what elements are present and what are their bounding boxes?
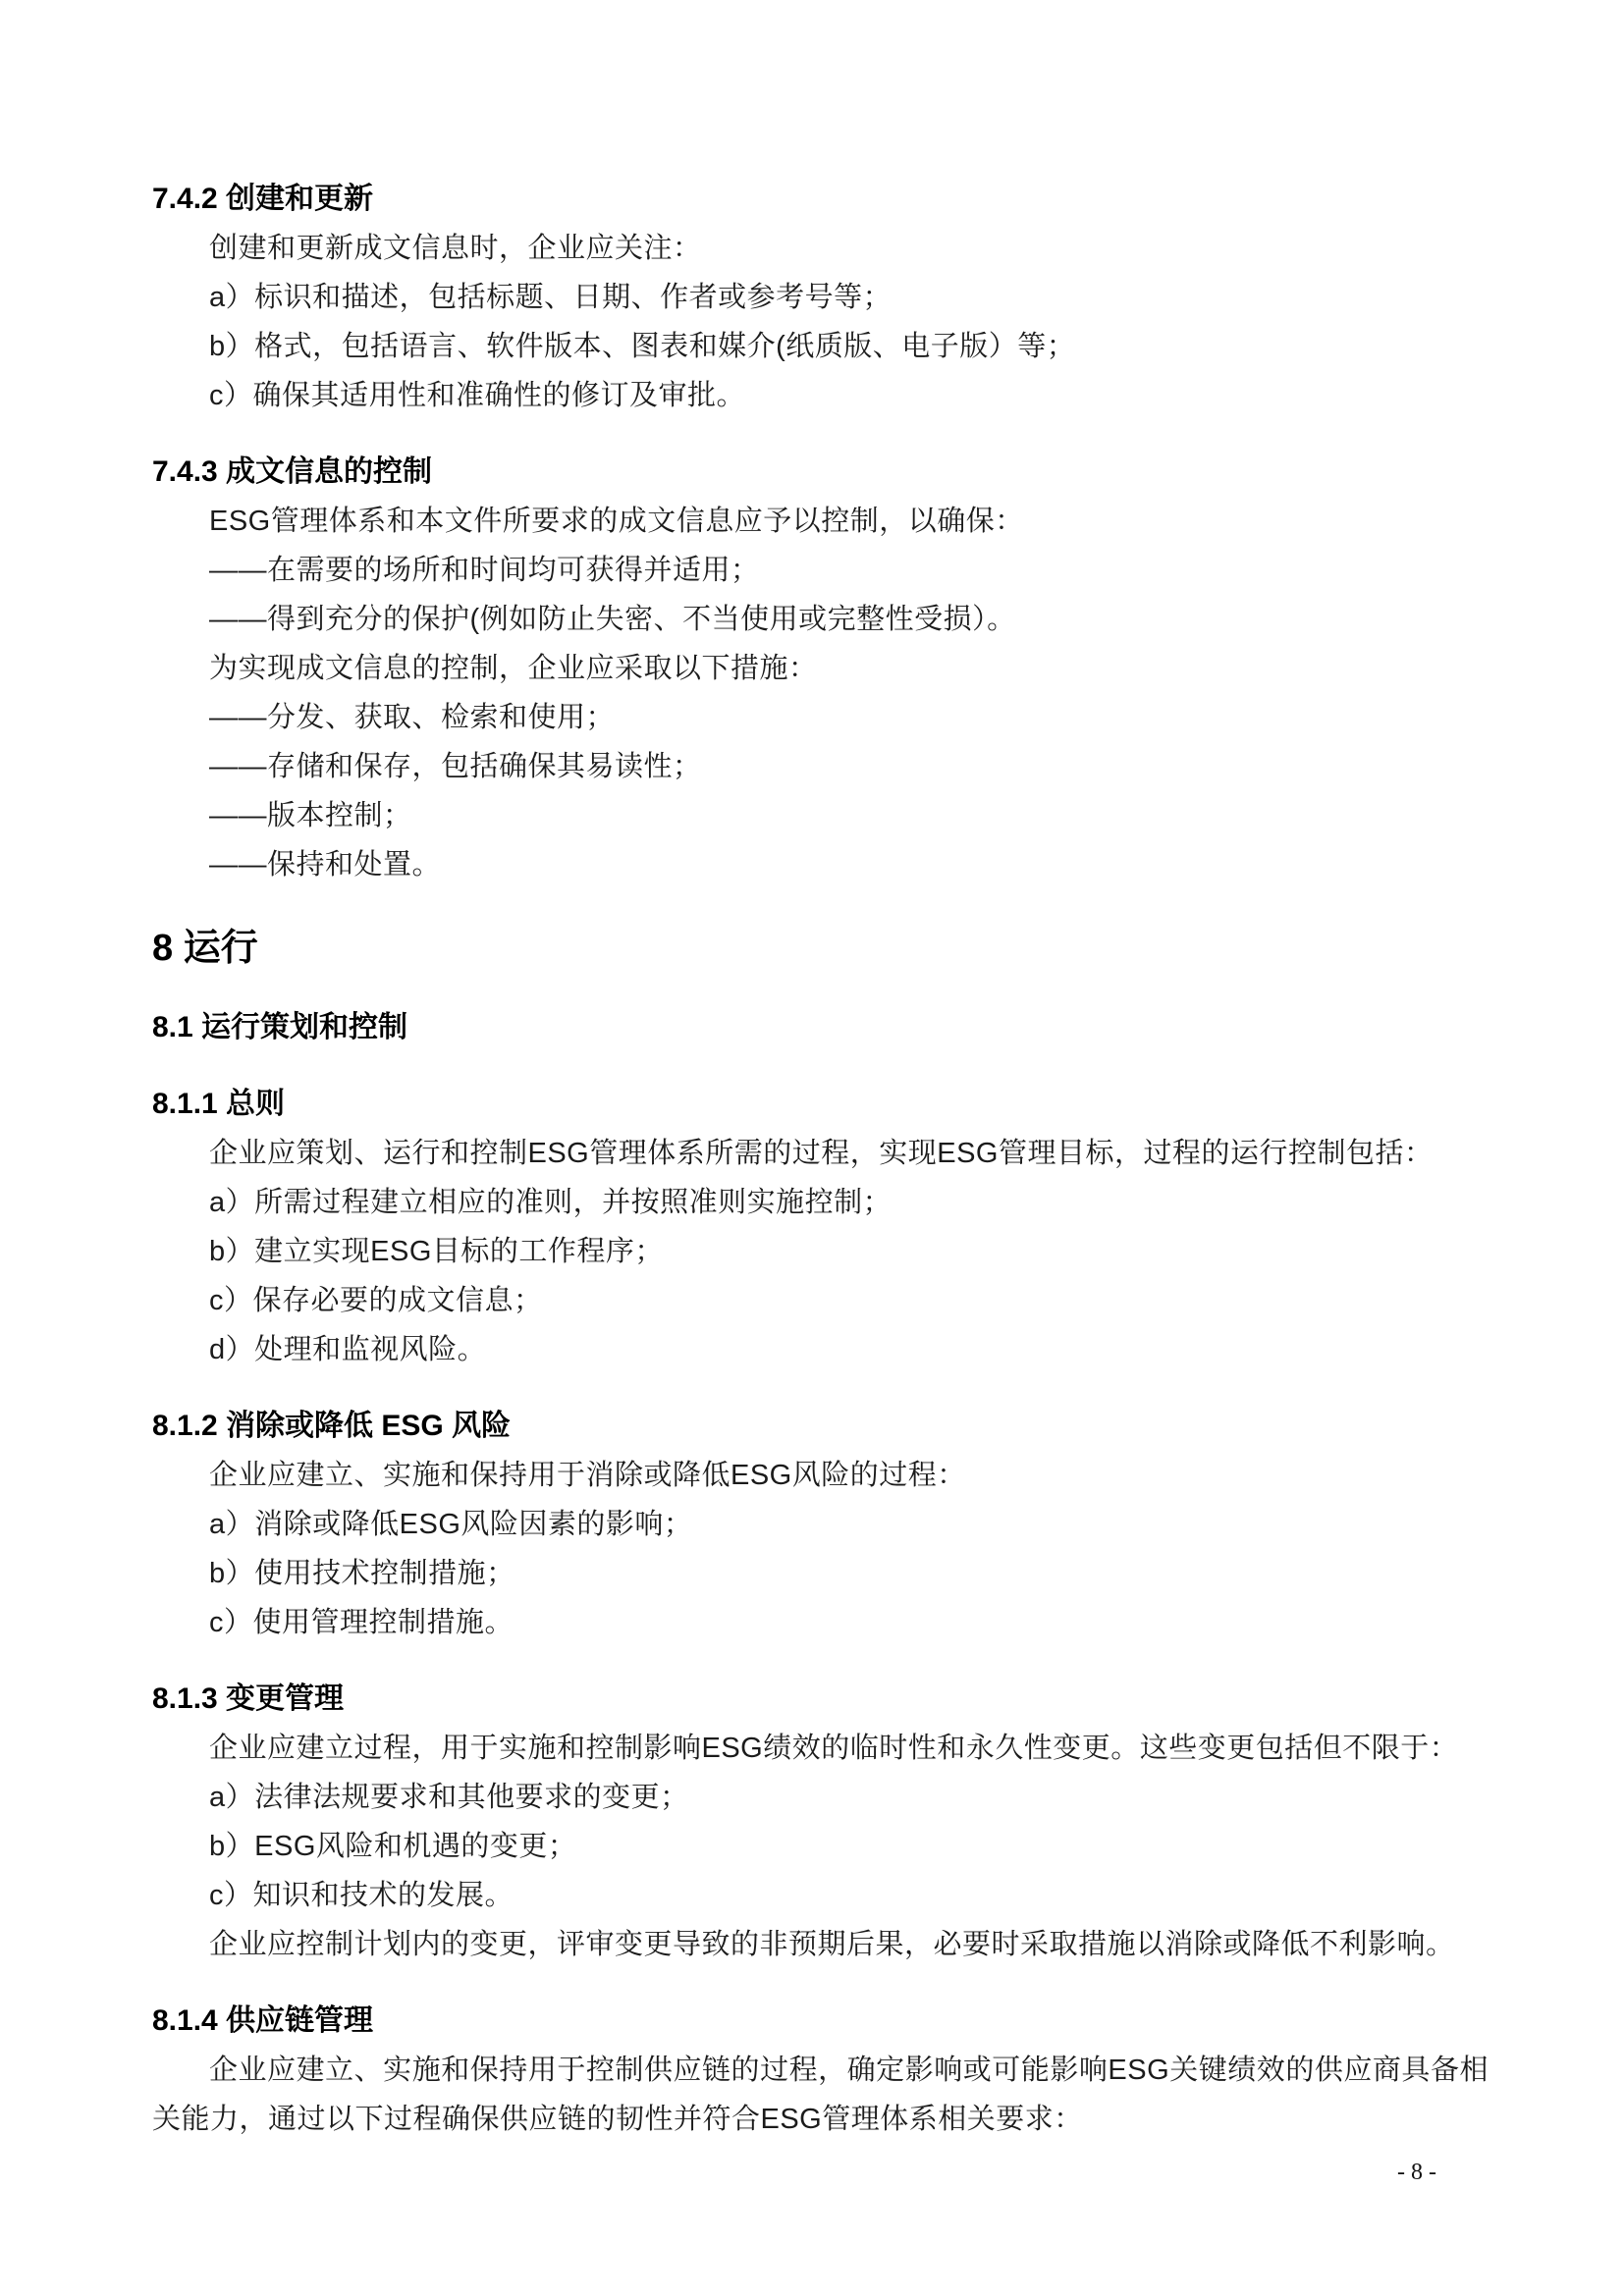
list-item-a: a）法律法规要求和其他要求的变更； <box>209 1773 1489 1822</box>
heading-chapter-8: 8 运行 <box>152 919 1489 978</box>
dash-item: ——版本控制； <box>209 791 1489 840</box>
list-item-a: a）标识和描述，包括标题、日期、作者或参考号等； <box>209 273 1489 322</box>
paragraph-intro: 企业应建立、实施和保持用于控制供应链的过程，确定影响或可能影响ESG关键绩效的供… <box>152 2046 1489 2144</box>
dash-item: ——存储和保存，包括确保其易读性； <box>209 742 1489 791</box>
document-page: 7.4.2 创建和更新 创建和更新成文信息时，企业应关注： a）标识和描述，包括… <box>0 0 1624 2296</box>
list-item-a: a）所需过程建立相应的准则，并按照准则实施控制； <box>209 1178 1489 1227</box>
list-item-b: b）建立实现ESG目标的工作程序； <box>209 1227 1489 1276</box>
paragraph-intro: 创建和更新成文信息时，企业应关注： <box>152 224 1489 273</box>
dash-item: ——得到充分的保护(例如防止失密、不当使用或完整性受损）。 <box>209 595 1489 644</box>
section-7-4-2: 7.4.2 创建和更新 创建和更新成文信息时，企业应关注： a）标识和描述，包括… <box>152 175 1489 420</box>
page-number: - 8 - <box>1368 2158 1466 2187</box>
dash-item: ——保持和处置。 <box>209 840 1489 889</box>
paragraph-intro: ESG管理体系和本文件所要求的成文信息应予以控制，以确保： <box>152 497 1489 546</box>
section-8-1-2: 8.1.2 消除或降低 ESG 风险 企业应建立、实施和保持用于消除或降低ESG… <box>152 1402 1489 1647</box>
paragraph-intro: 企业应策划、运行和控制ESG管理体系所需的过程，实现ESG管理目标，过程的运行控… <box>152 1129 1489 1178</box>
paragraph: 为实现成文信息的控制，企业应采取以下措施： <box>152 644 1489 693</box>
list-item-c: c）使用管理控制措施。 <box>209 1598 1489 1647</box>
heading-7-4-3: 7.4.3 成文信息的控制 <box>152 448 1489 497</box>
paragraph-intro: 企业应建立过程，用于实施和控制影响ESG绩效的临时性和永久性变更。这些变更包括但… <box>152 1724 1489 1773</box>
document-content: 7.4.2 创建和更新 创建和更新成文信息时，企业应关注： a）标识和描述，包括… <box>152 0 1489 2144</box>
section-8-1-1: 8.1.1 总则 企业应策划、运行和控制ESG管理体系所需的过程，实现ESG管理… <box>152 1080 1489 1374</box>
list-item-c: c）保存必要的成文信息； <box>209 1276 1489 1325</box>
paragraph-closing: 企业应控制计划内的变更，评审变更导致的非预期后果，必要时采取措施以消除或降低不利… <box>152 1920 1489 1969</box>
dash-item: ——在需要的场所和时间均可获得并适用； <box>209 546 1489 595</box>
dash-item: ——分发、获取、检索和使用； <box>209 693 1489 742</box>
list-item-b: b）ESG风险和机遇的变更； <box>209 1822 1489 1871</box>
paragraph-intro: 企业应建立、实施和保持用于消除或降低ESG风险的过程： <box>152 1451 1489 1500</box>
list-item-c: c）知识和技术的发展。 <box>209 1871 1489 1920</box>
heading-8-1-3: 8.1.3 变更管理 <box>152 1675 1489 1724</box>
section-8-1-4: 8.1.4 供应链管理 企业应建立、实施和保持用于控制供应链的过程，确定影响或可… <box>152 1997 1489 2144</box>
section-8-1-3: 8.1.3 变更管理 企业应建立过程，用于实施和控制影响ESG绩效的临时性和永久… <box>152 1675 1489 1969</box>
list-item-b: b）使用技术控制措施； <box>209 1549 1489 1598</box>
section-7-4-3: 7.4.3 成文信息的控制 ESG管理体系和本文件所要求的成文信息应予以控制，以… <box>152 448 1489 889</box>
heading-8-1-2: 8.1.2 消除或降低 ESG 风险 <box>152 1402 1489 1451</box>
heading-7-4-2: 7.4.2 创建和更新 <box>152 175 1489 224</box>
heading-8-1: 8.1 运行策划和控制 <box>152 1003 1489 1052</box>
list-item-c: c）确保其适用性和准确性的修订及审批。 <box>209 371 1489 420</box>
list-item-a: a）消除或降低ESG风险因素的影响； <box>209 1500 1489 1549</box>
heading-8-1-4: 8.1.4 供应链管理 <box>152 1997 1489 2046</box>
list-item-d: d）处理和监视风险。 <box>209 1325 1489 1374</box>
list-item-b: b）格式，包括语言、软件版本、图表和媒介(纸质版、电子版）等； <box>209 322 1489 371</box>
heading-8-1-1: 8.1.1 总则 <box>152 1080 1489 1129</box>
